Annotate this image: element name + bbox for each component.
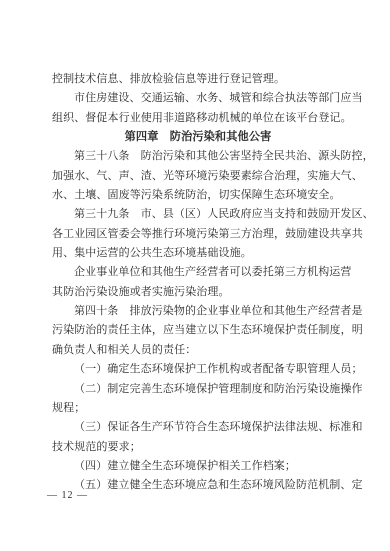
text-line: （四）建立健全生态环境保护相关工作档案； xyxy=(52,457,344,476)
text-line: 污染防治的责任主体，应当建立以下生态环境保护责任制度，明 xyxy=(52,321,344,340)
text-line: （五）建立健全生态环境应急和生态环境风险防范机制、定 xyxy=(52,476,344,495)
document-body: 控制技术信息、排放检验信息等进行登记管理。市住房建设、交通运输、水务、城管和综合… xyxy=(52,70,344,496)
text-line: 第三十八条 防治污染和其他公害坚持全民共治、源头防控， xyxy=(52,147,344,166)
text-line: 市住房建设、交通运输、水务、城管和综合执法等部门应当 xyxy=(52,89,344,108)
document-page: 控制技术信息、排放检验信息等进行登记管理。市住房建设、交通运输、水务、城管和综合… xyxy=(0,0,390,551)
text-line: （二）制定完善生态环境保护管理制度和防治污染设施操作 xyxy=(52,380,344,399)
text-line: 第四十条 排放污染物的企业事业单位和其他生产经营者是 xyxy=(52,302,344,321)
text-line: 加强水、气、声、渣、光等环境污染要素综合治理，实施大气、 xyxy=(52,167,344,186)
text-line: 规程； xyxy=(52,399,344,418)
page-number: — 12 — xyxy=(47,490,88,501)
chapter-heading: 第四章 防治污染和其他公害 xyxy=(52,128,344,147)
text-line: （一）确定生态环境保护工作机构或者配备专职管理人员； xyxy=(52,360,344,379)
text-line: 组织、督促本行业使用非道路移动机械的单位在该平台登记。 xyxy=(52,109,344,128)
text-line: 其防治污染设施或者实施污染治理。 xyxy=(52,283,344,302)
text-line: 技术规范的要求； xyxy=(52,438,344,457)
text-line: 第三十九条 市、县（区）人民政府应当支持和鼓励开发区、 xyxy=(52,205,344,224)
text-line: 控制技术信息、排放检验信息等进行登记管理。 xyxy=(52,70,344,89)
text-line: 水、土壤、固废等污染系统防治，切实保障生态环境安全。 xyxy=(52,186,344,205)
text-line: 用、集中运营的公共生态环境基础设施。 xyxy=(52,244,344,263)
text-line: （三）保证各生产环节符合生态环境保护法律法规、标准和 xyxy=(52,418,344,437)
text-line: 确负责人和相关人员的责任： xyxy=(52,341,344,360)
text-line: 企业事业单位和其他生产经营者可以委托第三方机构运营 xyxy=(52,263,344,282)
text-line: 各工业园区管委会等推行环境污染第三方治理，鼓励建设共享共 xyxy=(52,225,344,244)
